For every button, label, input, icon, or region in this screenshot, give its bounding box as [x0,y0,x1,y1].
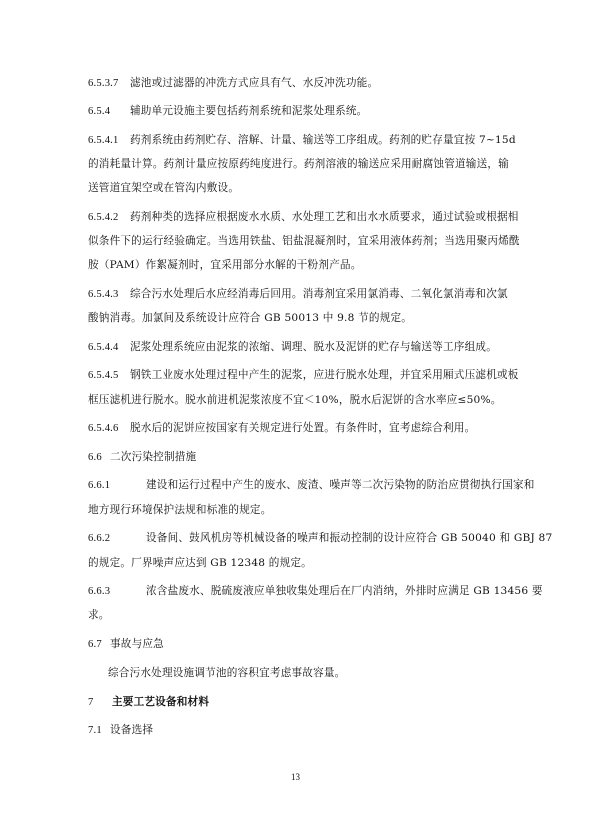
clause-number: 6.5.3.7 [88,77,130,91]
chapter-number: 7 [88,696,112,710]
clause-text: 综合污水处理后水应经消毒后回用。消毒剂宜采用氯消毒、二氧化氯消毒和次氯 [130,288,508,300]
clause-text-continued: 的消耗量计算。药剂计量应按原药纯度进行。药剂溶液的输送应采用耐腐蚀管道输送，输 [88,157,509,171]
clause-text: 建设和运行过程中产生的废水、废渣、噪声等二次污染物的防治应贯彻执行国家和 [146,479,535,491]
clause-text: 药剂种类的选择应根据废水水质、水处理工艺和出水水质要求，通过试验或根据相 [130,211,519,223]
clause-text-continued: 框压滤机进行脱水。脱水前进机泥浆浓度不宜＜10%，脱水后泥饼的含水率应≤50%。 [88,393,502,407]
section-number: 7.1 [88,724,110,738]
clause-text: 滤池或过滤器的冲洗方式应具有气、水反冲洗功能。 [130,77,378,89]
section-6-7-heading: 6.7事故与应急 [88,637,164,652]
section-title: 二次污染控制措施 [110,451,196,463]
clause-number: 6.5.4.6 [88,422,130,436]
clause-6-5-4: 6.5.4辅助单元设施主要包括药剂系统和泥浆处理系统。 [88,104,367,119]
clause-number: 6.6.1 [88,479,146,493]
section-number: 6.6 [88,451,110,465]
clause-text: 泥浆处理系统应由泥浆的浓缩、调理、脱水及泥饼的贮存与输送等工序组成。 [130,341,497,353]
clause-6-5-4-2: 6.5.4.2药剂种类的选择应根据废水水质、水处理工艺和出水水质要求，通过试验或… [88,210,519,225]
clause-6-5-4-1: 6.5.4.1药剂系统由药剂贮存、溶解、计量、输送等工序组成。药剂的贮存量宜按 … [88,133,516,148]
clause-number: 6.6.3 [88,585,146,599]
clause-text-continued: 胺（PAM）作絮凝剂时，宜采用部分水解的干粉剂产品。 [88,258,362,272]
section-number: 6.7 [88,638,110,652]
clause-6-5-3-7: 6.5.3.7滤池或过滤器的冲洗方式应具有气、水反冲洗功能。 [88,76,378,91]
document-page: 6.5.3.7滤池或过滤器的冲洗方式应具有气、水反冲洗功能。 6.5.4辅助单元… [0,0,591,838]
clause-text-continued: 的规定。厂界噪声应达到 GB 12348 的规定。 [88,556,312,570]
clause-text: 药剂系统由药剂贮存、溶解、计量、输送等工序组成。药剂的贮存量宜按 7~15d [130,134,516,146]
clause-6-5-4-6: 6.5.4.6脱水后的泥饼应按国家有关规定进行处置。有条件时，宜考虑综合利用。 [88,421,475,436]
clause-text: 钢铁工业废水处理过程中产生的泥浆，应进行脱水处理，并宜采用厢式压滤机或板 [130,369,519,381]
clause-6-6-3: 6.6.3浓含盐废水、脱硫废液应单独收集处理后在厂内消纳，外排时应满足 GB 1… [88,584,543,599]
clause-6-5-4-3: 6.5.4.3综合污水处理后水应经消毒后回用。消毒剂宜采用氯消毒、二氧化氯消毒和… [88,287,508,302]
clause-number: 6.5.4.3 [88,288,130,302]
section-6-6-heading: 6.6二次污染控制措施 [88,450,196,465]
clause-text-continued: 送管道宜架空或在管沟内敷设。 [88,181,239,195]
clause-text-continued: 酸钠消毒。加氯间及系统设计应符合 GB 50013 中 9.8 节的规定。 [88,311,412,325]
chapter-7-heading: 7主要工艺设备和材料 [88,695,209,710]
clause-6-5-4-5: 6.5.4.5钢铁工业废水处理过程中产生的泥浆，应进行脱水处理，并宜采用厢式压滤… [88,368,519,383]
clause-number: 6.5.4.5 [88,369,130,383]
clause-6-5-4-4: 6.5.4.4泥浆处理系统应由泥浆的浓缩、调理、脱水及泥饼的贮存与输送等工序组成… [88,340,497,355]
section-7-1-heading: 7.1设备选择 [88,723,153,738]
clause-text: 浓含盐废水、脱硫废液应单独收集处理后在厂内消纳，外排时应满足 GB 13456 … [146,585,543,597]
clause-number: 6.5.4 [88,105,130,119]
clause-6-6-1: 6.6.1建设和运行过程中产生的废水、废渣、噪声等二次污染物的防治应贯彻执行国家… [88,478,535,493]
clause-text-continued: 求。 [88,608,110,622]
clause-text: 设备间、鼓风机房等机械设备的噪声和振动控制的设计应符合 GB 50040 和 G… [146,532,552,544]
section-title: 事故与应急 [110,638,164,650]
chapter-title: 主要工艺设备和材料 [112,696,209,708]
clause-text-continued: 地方现行环境保护法规和标准的规定。 [88,503,272,517]
clause-number: 6.5.4.4 [88,341,130,355]
clause-number: 6.6.2 [88,532,146,546]
clause-text: 脱水后的泥饼应按国家有关规定进行处置。有条件时，宜考虑综合利用。 [130,422,475,434]
clause-text-continued: 似条件下的运行经验确定。当选用铁盐、铝盐混凝剂时，宜采用液体药剂；当选用聚丙烯酰 [88,234,520,248]
page-number: 13 [0,772,591,782]
clause-number: 6.5.4.2 [88,211,130,225]
clause-number: 6.5.4.1 [88,134,130,148]
clause-6-6-2: 6.6.2设备间、鼓风机房等机械设备的噪声和振动控制的设计应符合 GB 5004… [88,531,552,546]
paragraph-accident-capacity: 综合污水处理设施调节池的容积宜考虑事故容量。 [108,666,345,680]
section-title: 设备选择 [110,724,153,736]
clause-text: 辅助单元设施主要包括药剂系统和泥浆处理系统。 [130,105,367,117]
